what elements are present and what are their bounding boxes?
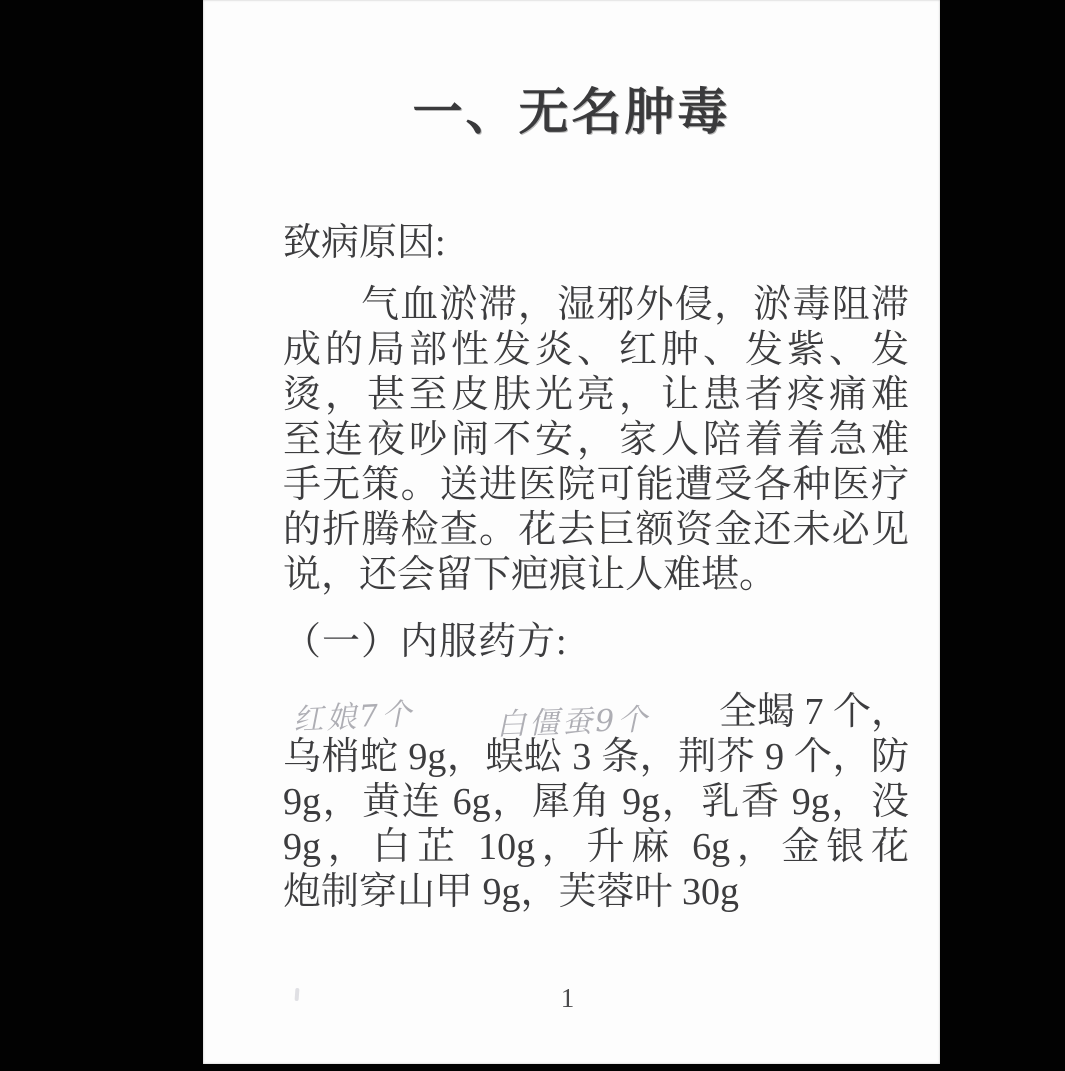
scan-border-bottom: [0, 1064, 1065, 1071]
cause-paragraph: 气血淤滞，湿邪外侵，淤毒阻滞而形 成的局部性发炎、红肿、发紫、发红、发 烫，甚至…: [283, 283, 909, 598]
scan-border-right: [940, 0, 1065, 1071]
paragraph-line: 至连夜吵闹不安，家人陪着着急难受，束: [283, 418, 909, 463]
recipe-line: 9g，白芷 10g，升麻 6g，金银花 30g，: [283, 825, 909, 870]
paragraph-line: 气血淤滞，湿邪外侵，淤毒阻滞而形: [283, 283, 909, 328]
recipe-first-line: 全蝎 7 个，: [283, 690, 909, 735]
cause-heading: 致病原因:: [283, 221, 446, 266]
scanned-book-page: 一、无名肿毒 致病原因: 气血淤滞，湿邪外侵，淤毒阻滞而形 成的局部性发炎、红肿…: [0, 0, 1065, 1071]
chapter-title: 一、无名肿毒: [203, 72, 940, 144]
page-number: 1: [203, 983, 932, 1014]
recipe-line: 炮制穿山甲 9g，芙蓉叶 30g: [283, 870, 909, 915]
book-page: 一、无名肿毒 致病原因: 气血淤滞，湿邪外侵，淤毒阻滞而形 成的局部性发炎、红肿…: [203, 0, 940, 1064]
scan-border-left: [0, 0, 203, 1071]
recipe-section-heading: （一）内服药方:: [283, 620, 568, 665]
recipe-line: 9g，黄连 6g，犀角 9g，乳香 9g，没药: [283, 780, 909, 825]
paragraph-line: 说，还会留下疤痕让人难堪。: [283, 553, 909, 598]
paragraph-line: 的折腾检查。花去巨额资金还未必见效不: [283, 508, 909, 553]
recipe-paragraph: 乌梢蛇 9g，蜈蚣 3 条，荆芥 9 个，防己 9g，黄连 6g，犀角 9g，乳…: [283, 735, 909, 915]
recipe-line: 乌梢蛇 9g，蜈蚣 3 条，荆芥 9 个，防己: [283, 735, 909, 780]
paragraph-line: 成的局部性发炎、红肿、发紫、发红、发: [283, 328, 909, 373]
paragraph-line: 烫，甚至皮肤光亮，让患者疼痛难忍，甚: [283, 373, 909, 418]
paragraph-line: 手无策。送进医院可能遭受各种医疗程序: [283, 463, 909, 508]
